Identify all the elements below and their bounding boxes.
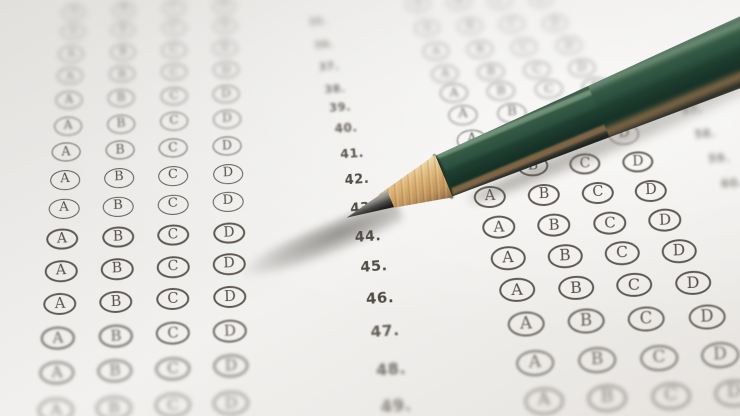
answer-bubble-C: C xyxy=(523,60,551,79)
answer-bubble-C: C xyxy=(488,0,513,9)
answer-bubble-A: A xyxy=(507,311,544,337)
answer-bubble-D: D xyxy=(661,239,696,264)
answer-bubble-C: C xyxy=(158,194,189,215)
answer-bubble-B: B xyxy=(547,243,582,268)
answer-bubble-D: D xyxy=(212,285,246,308)
question-number: 36. xyxy=(314,39,334,51)
answer-bubble-A: A xyxy=(46,228,78,250)
answer-bubble-C: C xyxy=(159,138,188,158)
answer-bubble-A: A xyxy=(48,198,79,219)
answer-bubble-C: C xyxy=(499,16,525,34)
question-number: 58. xyxy=(694,127,716,141)
answer-bubble-A: A xyxy=(59,45,84,63)
answer-bubble-A: A xyxy=(62,4,86,20)
answer-bubble-B: B xyxy=(96,395,133,416)
answer-bubble-C: C xyxy=(534,79,563,99)
answer-bubble-B: B xyxy=(97,359,133,384)
question-number: 48. xyxy=(375,358,406,379)
answer-bubble-B: B xyxy=(467,40,494,58)
answer-bubble-A: A xyxy=(52,142,81,162)
answer-bubble-C: C xyxy=(593,211,627,235)
answer-bubble-B: B xyxy=(105,140,134,160)
answer-bubble-C: C xyxy=(158,165,188,186)
answer-bubble-C: C xyxy=(161,41,186,59)
answer-bubble-B: B xyxy=(109,65,135,83)
answer-bubble-A: A xyxy=(60,24,84,41)
answer-bubble-A: A xyxy=(524,387,564,415)
answer-bubble-D: D xyxy=(542,14,568,32)
answer-bubble-A: A xyxy=(41,326,76,350)
answer-bubble-C: C xyxy=(628,306,665,332)
answer-bubble-D: D xyxy=(212,39,237,57)
answer-bubble-D: D xyxy=(635,179,668,202)
answer-bubble-B: B xyxy=(100,257,133,280)
answer-bubble-C: C xyxy=(651,382,691,410)
answer-bubble-B: B xyxy=(588,384,628,412)
answer-bubble-B: B xyxy=(487,81,516,101)
answer-sheet-photo: ABCDABCDABCDABCDABCDABCDABCDABCDABCDABCD… xyxy=(0,0,740,416)
question-number: 46. xyxy=(365,288,394,308)
answer-bubble-C: C xyxy=(159,112,187,131)
question-number: 45. xyxy=(360,258,388,276)
answer-bubble-B: B xyxy=(102,226,134,248)
answer-bubble-B: B xyxy=(99,290,133,313)
answer-bubble-A: A xyxy=(50,170,80,191)
answer-bubble-B: B xyxy=(98,324,133,348)
answer-bubble-A: A xyxy=(44,260,77,283)
answer-bubble-D: D xyxy=(688,303,725,329)
question-number: 37. xyxy=(319,60,340,73)
answer-bubble-B: B xyxy=(104,167,134,188)
answer-bubble-C: C xyxy=(156,255,189,278)
answer-bubble-D: D xyxy=(212,319,247,343)
answer-bubble-D: D xyxy=(212,136,241,156)
answer-bubble-C: C xyxy=(155,321,190,345)
answer-bubble-B: B xyxy=(537,213,571,237)
question-number: 59. xyxy=(707,150,730,165)
answer-bubble-A: A xyxy=(490,246,525,271)
question-number: 38. xyxy=(324,82,346,96)
question-number: 39. xyxy=(329,99,352,114)
answer-bubble-A: A xyxy=(43,292,77,315)
answer-bubble-D: D xyxy=(212,110,240,129)
answer-bubble-D: D xyxy=(701,342,740,369)
answer-bubble-A: A xyxy=(53,116,81,135)
answer-bubble-C: C xyxy=(639,344,678,371)
answer-bubble-C: C xyxy=(604,241,639,266)
answer-bubble-D: D xyxy=(569,59,597,78)
answer-bubble-B: B xyxy=(567,308,604,334)
answer-bubble-B: B xyxy=(527,183,560,206)
answer-bubble-A: A xyxy=(39,361,75,386)
answer-bubble-B: B xyxy=(447,0,472,11)
answer-bubble-A: A xyxy=(414,19,440,37)
answer-bubble-D: D xyxy=(529,0,554,8)
answer-bubble-A: A xyxy=(423,42,450,60)
answer-bubble-B: B xyxy=(107,89,134,108)
answer-bubble-A: A xyxy=(482,215,516,239)
answer-bubble-D: D xyxy=(212,354,248,379)
answer-bubble-B: B xyxy=(103,196,134,217)
answer-bubble-D: D xyxy=(212,85,239,104)
answer-bubble-A: A xyxy=(516,349,555,376)
answer-bubble-B: B xyxy=(477,62,505,81)
answer-bubble-C: C xyxy=(162,20,186,37)
answer-bubble-C: C xyxy=(616,272,652,297)
question-number: 42. xyxy=(344,172,370,189)
answer-bubble-D: D xyxy=(212,0,236,14)
answer-bubble-D: D xyxy=(212,18,236,35)
answer-bubble-D: D xyxy=(212,61,238,79)
answer-bubble-D: D xyxy=(714,379,740,407)
answer-bubble-B: B xyxy=(557,275,593,300)
answer-bubble-C: C xyxy=(154,393,191,416)
answer-bubble-C: C xyxy=(581,181,614,204)
answer-bubble-A: A xyxy=(37,397,74,416)
answer-bubble-C: C xyxy=(162,0,186,16)
answer-bubble-A: A xyxy=(55,91,82,110)
question-number: 41. xyxy=(339,145,364,162)
answer-bubble-B: B xyxy=(106,114,134,133)
answer-bubble-B: B xyxy=(578,347,617,374)
answer-bubble-C: C xyxy=(160,63,186,81)
answer-bubble-C: C xyxy=(160,87,187,106)
answer-bubble-D: D xyxy=(212,163,242,184)
answer-bubble-D: D xyxy=(648,208,682,232)
question-number: 47. xyxy=(370,321,400,341)
answer-bubble-B: B xyxy=(110,43,135,61)
answer-bubble-A: A xyxy=(499,277,535,302)
answer-bubble-C: C xyxy=(511,38,538,56)
answer-bubble-D: D xyxy=(675,270,711,295)
answer-bubble-D: D xyxy=(212,192,243,213)
question-number: 40. xyxy=(334,120,358,136)
question-number: 49. xyxy=(380,395,412,416)
answer-bubble-D: D xyxy=(212,390,249,415)
answer-bubble-A: A xyxy=(57,67,83,85)
answer-bubble-A: A xyxy=(431,64,459,83)
answer-bubble-D: D xyxy=(622,151,654,173)
question-number: 60. xyxy=(720,175,740,191)
question-number: 35. xyxy=(308,16,327,28)
answer-bubble-A: A xyxy=(448,104,478,125)
answer-bubble-A: A xyxy=(440,83,469,103)
answer-bubble-B: B xyxy=(112,2,136,18)
answer-bubble-C: C xyxy=(157,224,189,246)
answer-bubble-B: B xyxy=(457,17,483,35)
answer-bubble-A: A xyxy=(406,0,431,12)
answer-bubble-D: D xyxy=(555,36,582,54)
answer-bubble-D: D xyxy=(212,222,244,244)
answer-bubble-B: B xyxy=(111,22,135,39)
answer-bubble-C: C xyxy=(156,288,190,311)
answer-bubble-C: C xyxy=(155,356,191,381)
